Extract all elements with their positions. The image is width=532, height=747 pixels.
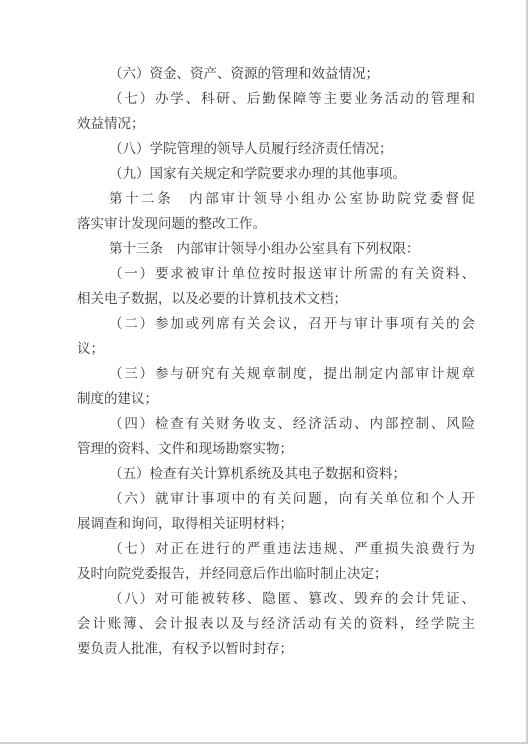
document-line: （八）对可能被转移、隐匿、篡改、毁弃的会计凭证、 — [77, 586, 475, 611]
document-line: 相关电子数据，以及必要的计算机技术文档； — [77, 286, 475, 311]
document-line: 要负责人批准，有权予以暂时封存； — [77, 636, 475, 661]
document-page: （六）资金、资产、资源的管理和效益情况；（七）办学、科研、后勤保障等主要业务活动… — [0, 0, 532, 747]
document-line: 会计账簿、会计报表以及与经济活动有关的资料，经学院主 — [77, 611, 475, 636]
document-line: （八）学院管理的领导人员履行经济责任情况； — [77, 136, 475, 161]
document-line: （六）资金、资产、资源的管理和效益情况； — [77, 61, 475, 86]
document-line: （七）办学、科研、后勤保障等主要业务活动的管理和 — [77, 86, 475, 111]
document-line: （六）就审计事项中的有关问题，向有关单位和个人开 — [77, 486, 475, 511]
document-line: （一）要求被审计单位按时报送审计所需的有关资料、 — [77, 261, 475, 286]
document-line: 及时向院党委报告，并经同意后作出临时制止决定； — [77, 561, 475, 586]
document-text-area: （六）资金、资产、资源的管理和效益情况；（七）办学、科研、后勤保障等主要业务活动… — [77, 61, 475, 661]
document-line: 效益情况； — [77, 111, 475, 136]
document-line: 制度的建议； — [77, 386, 475, 411]
document-line: （三）参与研究有关规章制度，提出制定内部审计规章 — [77, 361, 475, 386]
document-line: 展调查和询问，取得相关证明材料； — [77, 511, 475, 536]
document-line: 管理的资料、文件和现场勘察实物； — [77, 436, 475, 461]
document-line: （四）检查有关财务收支、经济活动、内部控制、风险 — [77, 411, 475, 436]
document-line: 第十三条 内部审计领导小组办公室具有下列权限： — [77, 236, 475, 261]
page-edge-right — [526, 0, 528, 744]
document-line: （五）检查有关计算机系统及其电子数据和资料； — [77, 461, 475, 486]
document-line: 议； — [77, 336, 475, 361]
document-line: 第十二条 内部审计领导小组办公室协助院党委督促 — [77, 186, 475, 211]
document-line: （九）国家有关规定和学院要求办理的其他事项。 — [77, 161, 475, 186]
document-line: 落实审计发现问题的整改工作。 — [77, 211, 475, 236]
document-line: （二）参加或列席有关会议，召开与审计事项有关的会 — [77, 311, 475, 336]
page-edge-bottom — [0, 742, 528, 744]
document-line: （七）对正在进行的严重违法违规、严重损失浪费行为 — [77, 536, 475, 561]
